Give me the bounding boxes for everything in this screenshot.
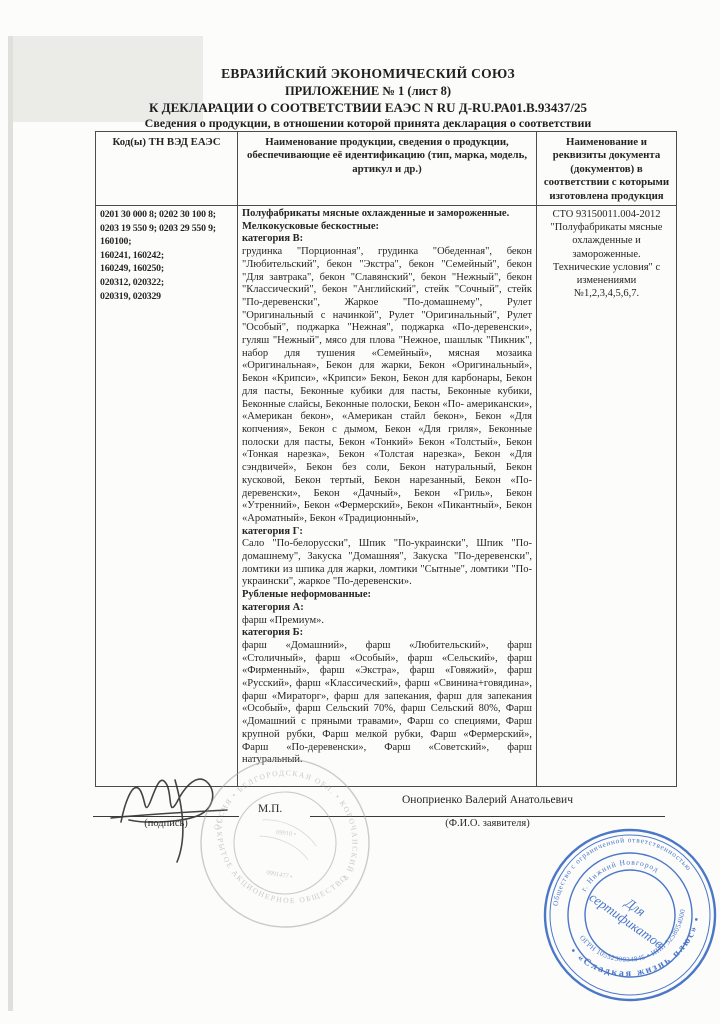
- product-table: Код(ы) ТН ВЭД ЕАЭС Наименование продукци…: [95, 131, 677, 787]
- faint-gray-stamp: РОССИЯ • БЕЛГОРОДСКАЯ ОБЛ. • КОРОЧАНСКИЙ…: [195, 753, 375, 933]
- svg-text:09910 •: 09910 •: [276, 829, 296, 838]
- cell-codes: 0201 30 000 8; 0202 30 100 8;0203 19 550…: [96, 206, 238, 787]
- table-row: 0201 30 000 8; 0202 30 100 8;0203 19 550…: [96, 206, 677, 787]
- scan-edge-artifact: [8, 36, 13, 1011]
- doc-subtitle: Сведения о продукции, в отношении которо…: [16, 116, 720, 131]
- table-header-row: Код(ы) ТН ВЭД ЕАЭС Наименование продукци…: [96, 132, 677, 206]
- cell-document-reference: СТО 93150011.004-2012"Полуфабрикаты мясн…: [537, 206, 677, 787]
- col-header-product: Наименование продукции, сведения о проду…: [238, 132, 537, 206]
- svg-text:сертификатов: сертификатов: [587, 889, 666, 951]
- cell-product-description: Полуфабрикаты мясные охлажденные и замор…: [238, 206, 537, 787]
- col-header-document: Наименование и реквизиты документа (доку…: [537, 132, 677, 206]
- doc-title-union: ЕВРАЗИЙСКИЙ ЭКОНОМИЧЕСКИЙ СОЮЗ: [16, 66, 720, 82]
- blue-certification-stamp: Общество с ограниченной ответственностью…: [535, 820, 720, 1010]
- doc-title-declaration-number: К ДЕКЛАРАЦИИ О СООТВЕТСТВИИ ЕАЭС N RU Д-…: [16, 100, 720, 116]
- col-header-codes: Код(ы) ТН ВЭД ЕАЭС: [96, 132, 238, 206]
- svg-text:0991477 •: 0991477 •: [266, 869, 293, 880]
- doc-title-annex: ПРИЛОЖЕНИЕ № 1 (лист 8): [16, 84, 720, 99]
- scanned-document-page: ЕВРАЗИЙСКИЙ ЭКОНОМИЧЕСКИЙ СОЮЗ ПРИЛОЖЕНИ…: [0, 0, 720, 1024]
